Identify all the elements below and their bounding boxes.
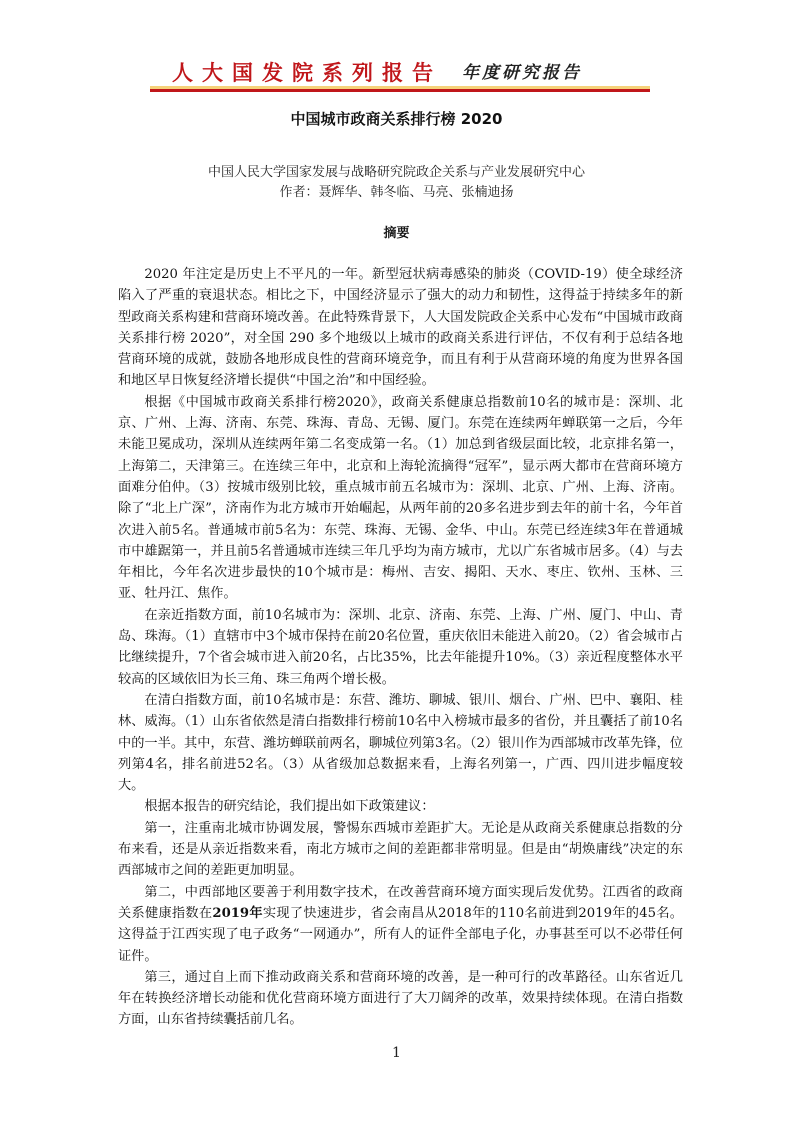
series-subtitle: 年度研究报告 xyxy=(462,60,582,86)
paragraph-policy-intro: 根据本报告的研究结论，我们提出如下政策建议： xyxy=(118,796,683,817)
abstract-body: 2020 年注定是历史上不平凡的一年。新型冠状病毒感染的肺炎（COVID-19）… xyxy=(118,264,683,1031)
page-number: 1 xyxy=(0,1045,793,1061)
affiliation: 中国人民大学国家发展与战略研究院政企关系与产业发展研究中心 xyxy=(0,161,793,180)
series-title: 人大国发院系列报告 xyxy=(172,60,442,86)
abstract-heading: 摘要 xyxy=(0,222,793,241)
paragraph-closeness-index: 在亲近指数方面，前10名城市为：深圳、北京、济南、东莞、上海、广州、厦门、中山、… xyxy=(118,605,683,690)
paragraph-policy-third: 第三，通过自上而下推动政商关系和营商环境的改善，是一种可行的改革路径。山东省近几… xyxy=(118,967,683,1031)
report-series-header: 人大国发院系列报告 年度研究报告 xyxy=(150,58,650,86)
document-title: 中国城市政商关系排行榜 2020 xyxy=(0,108,793,129)
policy-second-bold-year: 2019年 xyxy=(212,906,263,921)
header-divider-red xyxy=(150,89,650,92)
paragraph-overall-index: 根据《中国城市政商关系排行榜2020》，政商关系健康总指数前10名的城市是：深圳… xyxy=(118,392,683,605)
paragraph-intro: 2020 年注定是历史上不平凡的一年。新型冠状病毒感染的肺炎（COVID-19）… xyxy=(118,264,683,392)
paragraph-integrity-index: 在清白指数方面，前10名城市是：东营、潍坊、聊城、银川、烟台、广州、巴中、襄阳、… xyxy=(118,690,683,796)
authors: 作者：聂辉华、韩冬临、马亮、张楠迪扬 xyxy=(0,181,793,200)
paragraph-policy-first: 第一，注重南北城市协调发展，警惕东西城市差距扩大。无论是从政商关系健康总指数的分… xyxy=(118,818,683,882)
paragraph-policy-second: 第二，中西部地区要善于利用数字技术，在改善营商环境方面实现后发优势。江西省的政商… xyxy=(118,882,683,967)
